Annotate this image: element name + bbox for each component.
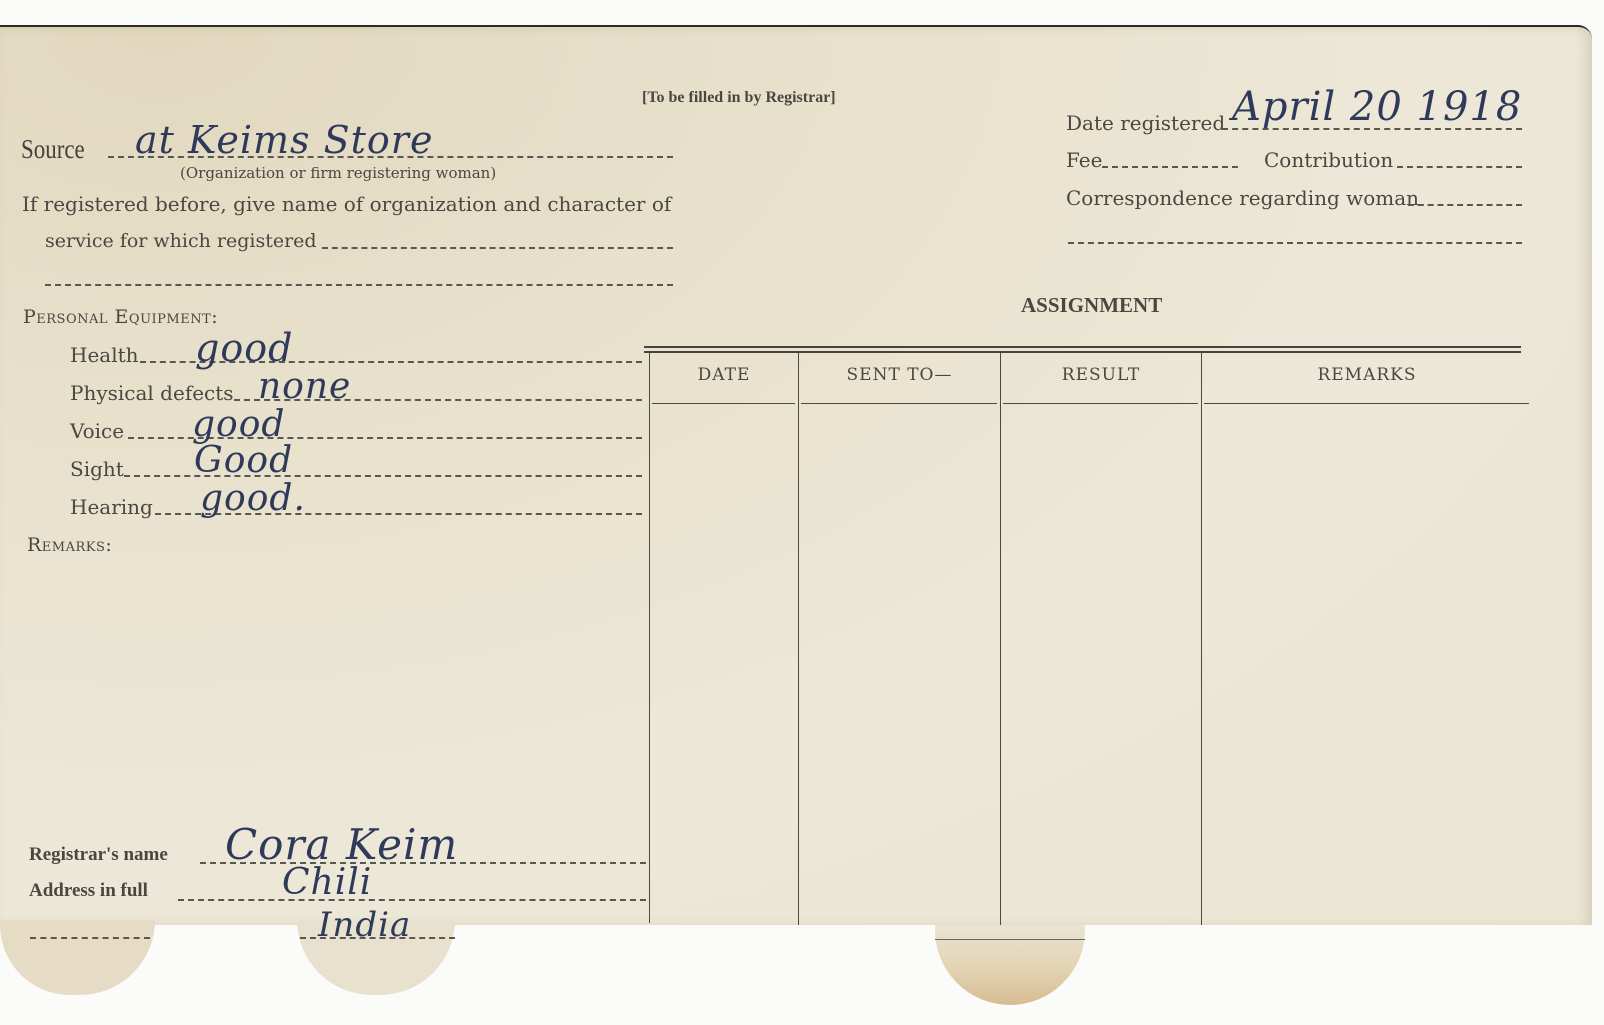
date-registered-value[interactable]: April 20 1918 bbox=[1232, 84, 1522, 130]
contribution-field[interactable] bbox=[1397, 166, 1522, 168]
registered-before-label-2: service for which registered bbox=[45, 230, 317, 252]
registrar-note: [To be filled in by Registrar] bbox=[642, 89, 836, 107]
physical-defects-label: Physical defects bbox=[70, 381, 234, 405]
col-header-result: RESULT bbox=[1001, 365, 1201, 385]
address-line bbox=[178, 899, 646, 901]
remarks-column-cells[interactable] bbox=[1203, 406, 1529, 921]
health-value[interactable]: good bbox=[195, 326, 293, 370]
header-underline bbox=[1003, 403, 1198, 404]
hearing-value[interactable]: good. bbox=[200, 478, 306, 519]
voice-value[interactable]: good bbox=[192, 404, 285, 445]
sent-to-column-cells[interactable] bbox=[800, 406, 999, 921]
col-header-sent-to: SENT TO— bbox=[799, 365, 1000, 385]
sight-value[interactable]: Good bbox=[194, 440, 293, 481]
fee-field[interactable] bbox=[1102, 166, 1238, 168]
remarks-area[interactable] bbox=[27, 565, 627, 825]
registered-before-field-2[interactable] bbox=[45, 284, 673, 286]
assignment-title: ASSIGNMENT bbox=[1021, 293, 1162, 318]
correspondence-field[interactable] bbox=[1408, 204, 1522, 206]
table-border-left bbox=[649, 353, 650, 923]
table-divider bbox=[798, 353, 799, 925]
voice-label: Voice bbox=[70, 419, 124, 443]
registrar-name-label: Registrar's name bbox=[29, 844, 168, 866]
card-notch bbox=[1085, 925, 1604, 1025]
header-underline bbox=[801, 403, 997, 404]
source-caption: (Organization or firm registering woman) bbox=[180, 164, 496, 182]
table-top-rule-2 bbox=[644, 351, 1521, 353]
header-underline bbox=[1204, 403, 1529, 404]
fee-label: Fee bbox=[1066, 148, 1102, 172]
table-divider bbox=[1201, 353, 1202, 925]
address-line1-value[interactable]: Chili bbox=[282, 862, 372, 903]
physical-defects-value[interactable]: none bbox=[258, 366, 351, 407]
health-label: Health bbox=[70, 343, 139, 367]
result-column-cells[interactable] bbox=[1002, 406, 1200, 921]
col-header-remarks: REMARKS bbox=[1202, 365, 1532, 385]
card-notch bbox=[455, 925, 935, 1025]
sight-label: Sight bbox=[70, 457, 124, 481]
date-registered-label: Date registered bbox=[1066, 111, 1225, 135]
registered-before-label: If registered before, give name of organ… bbox=[22, 192, 671, 216]
correspondence-label: Correspondence regarding woman bbox=[1066, 186, 1419, 210]
source-value[interactable]: at Keims Store bbox=[135, 118, 433, 162]
personal-equipment-heading: Personal Equipment: bbox=[23, 306, 218, 328]
address-line2-value[interactable]: India bbox=[318, 905, 411, 945]
contribution-label: Contribution bbox=[1264, 148, 1393, 172]
address-line-2-left bbox=[30, 937, 150, 939]
source-label: Source bbox=[21, 134, 85, 165]
card-notch bbox=[155, 925, 297, 1025]
card-tab-right bbox=[935, 925, 1085, 1005]
hearing-label: Hearing bbox=[70, 495, 153, 519]
col-header-date: DATE bbox=[650, 365, 798, 385]
card-tab-left bbox=[0, 920, 155, 995]
table-divider bbox=[1000, 353, 1001, 925]
address-label: Address in full bbox=[29, 880, 148, 902]
table-top-rule bbox=[644, 346, 1521, 348]
header-underline bbox=[652, 403, 795, 404]
correspondence-field-2[interactable] bbox=[1068, 242, 1522, 244]
remarks-heading: Remarks: bbox=[27, 534, 112, 556]
date-column-cells[interactable] bbox=[651, 406, 797, 921]
registered-before-field[interactable] bbox=[322, 247, 673, 249]
